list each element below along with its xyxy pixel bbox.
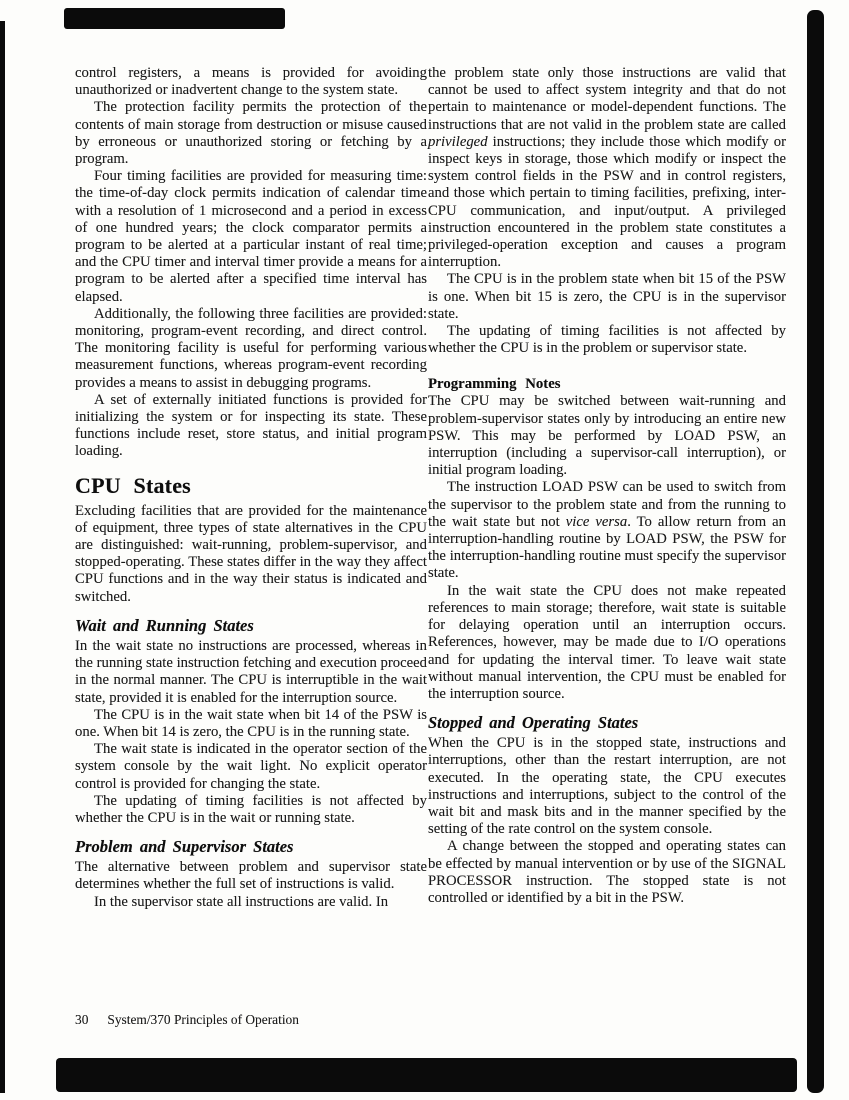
page-number: 30 (75, 1012, 88, 1027)
scan-artifact-bottom-bar (56, 1058, 797, 1092)
paragraph: A set of externally initiated functions … (75, 392, 427, 461)
left-column: control registers, a means is provided f… (75, 65, 427, 911)
paragraph: A change between the stopped and operati… (428, 838, 786, 907)
subsection-heading: Problem and Supervisor States (75, 837, 427, 857)
page-footer: 30System/370 Principles of Operation (75, 1012, 299, 1028)
scan-artifact-top-bar (64, 8, 285, 29)
paragraph: The CPU is in the wait state when bit 14… (75, 707, 427, 741)
paragraph: Four timing facilities are provided for … (75, 168, 427, 306)
paragraph: Additionally, the following three facili… (75, 306, 427, 392)
paragraph: The CPU may be switched between wait-run… (428, 393, 786, 479)
paragraph: In the wait state the CPU does not make … (428, 583, 786, 703)
paragraph: The CPU is in the problem state when bit… (428, 271, 786, 323)
paragraph: control registers, a means is provided f… (75, 65, 427, 99)
running-footer-title: System/370 Principles of Operation (107, 1012, 299, 1027)
subsection-heading: Wait and Running States (75, 616, 427, 636)
paragraph: In the wait state no instructions are pr… (75, 638, 427, 707)
paragraph: the problem state only those instruction… (428, 65, 786, 271)
paragraph: The instruction LOAD PSW can be used to … (428, 479, 786, 582)
note-heading: Programming Notes (428, 375, 786, 393)
paragraph: Excluding facilities that are provided f… (75, 503, 427, 606)
paragraph: The protection facility permits the prot… (75, 99, 427, 168)
paragraph: The wait state is indicated in the opera… (75, 741, 427, 793)
document-page: control registers, a means is provided f… (0, 0, 849, 1100)
paragraph: The alternative between problem and supe… (75, 859, 427, 893)
paragraph: In the supervisor state all instructions… (75, 894, 427, 911)
section-heading: CPU States (75, 473, 427, 499)
paragraph: When the CPU is in the stopped state, in… (428, 735, 786, 838)
subsection-heading: Stopped and Operating States (428, 713, 786, 733)
scan-artifact-right-bar (807, 10, 824, 1093)
paragraph: The updating of timing facilities is not… (75, 793, 427, 827)
right-column: the problem state only those instruction… (428, 65, 786, 907)
scan-artifact-left-edge (0, 21, 5, 1093)
paragraph: The updating of timing facilities is not… (428, 323, 786, 357)
